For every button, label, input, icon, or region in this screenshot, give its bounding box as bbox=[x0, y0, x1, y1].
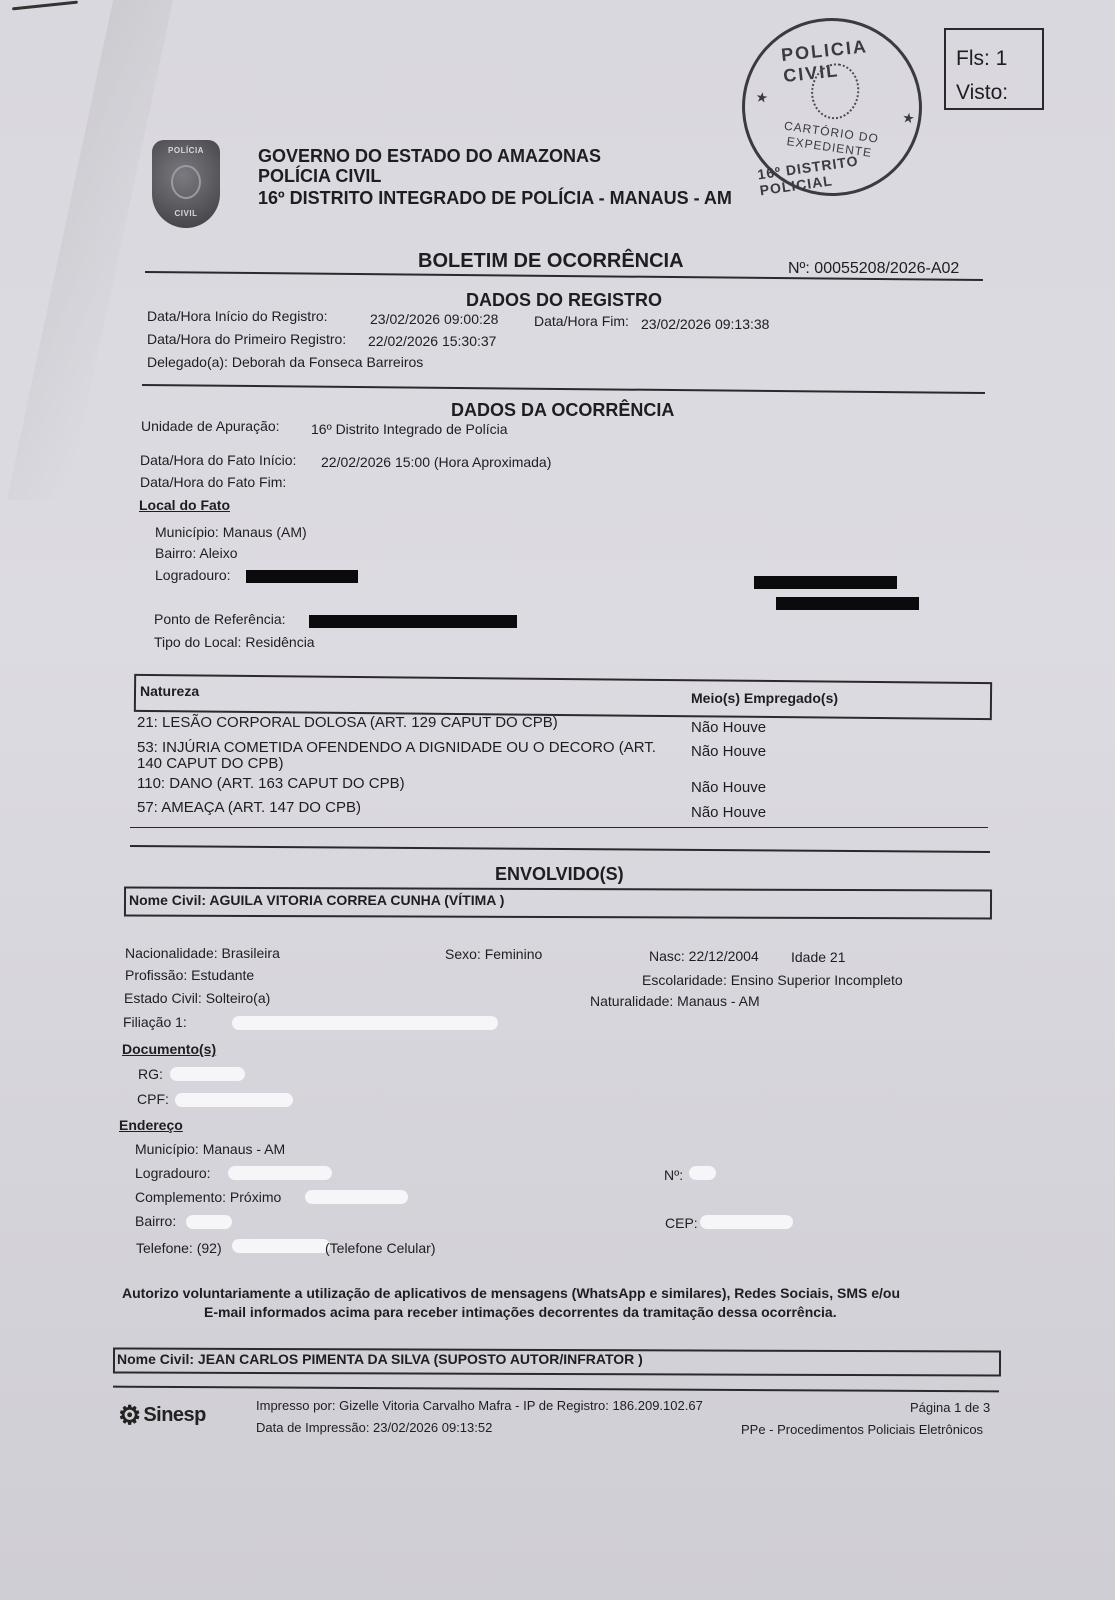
header-government: GOVERNO DO ESTADO DO AMAZONAS bbox=[258, 146, 601, 167]
local-tipo: Tipo do Local: Residência bbox=[154, 634, 315, 650]
unidade-label: Unidade de Apuração: bbox=[141, 418, 280, 434]
vitima-naturalidade: Naturalidade: Manaus - AM bbox=[590, 993, 760, 1009]
autorizo-text-line-1: Autorizo voluntariamente a utilização de… bbox=[122, 1285, 900, 1301]
telefone-label: Telefone: (92) bbox=[136, 1240, 222, 1256]
vitima-profissao: Profissão: Estudante bbox=[125, 967, 254, 983]
badge-bottom-text: CIVIL bbox=[175, 209, 198, 218]
star-icon: ★ bbox=[754, 88, 769, 107]
staple-mark bbox=[12, 1, 78, 11]
divider bbox=[130, 845, 990, 853]
sinesp-logo: ⚙ Sinesp bbox=[118, 1400, 206, 1431]
folio-number: Fls: 1 bbox=[956, 42, 1042, 76]
redaction-bar bbox=[246, 570, 358, 583]
section-registro-heading: DADOS DO REGISTRO bbox=[466, 290, 662, 311]
document-number: Nº: 00055208/2026-A02 bbox=[788, 260, 959, 278]
divider bbox=[113, 1386, 999, 1393]
vitima-estado-civil: Estado Civil: Solteiro(a) bbox=[124, 990, 270, 1006]
sinesp-logo-text: Sinesp bbox=[143, 1404, 206, 1427]
folio-box: Fls: 1 Visto: bbox=[944, 28, 1044, 110]
fato-inicio-value: 22/02/2026 15:00 (Hora Aproximada) bbox=[321, 454, 551, 470]
redaction-bar bbox=[689, 1166, 716, 1180]
ponto-referencia-label: Ponto de Referência: bbox=[154, 611, 286, 627]
official-stamp: POLICIA CIVIL ★ ★ CARTÓRIO DO EXPEDIENTE… bbox=[730, 6, 933, 207]
col-natureza: Natureza bbox=[140, 683, 199, 699]
meio-row-1: Não Houve bbox=[691, 719, 766, 736]
redaction-bar bbox=[170, 1067, 245, 1081]
police-badge-icon: POLÍCIA CIVIL bbox=[152, 140, 220, 228]
endereco-complemento: Complemento: Próximo bbox=[135, 1189, 281, 1205]
document-page: POLÍCIA CIVIL GOVERNO DO ESTADO DO AMAZO… bbox=[0, 0, 1115, 1600]
delegado-label: Delegado(a): bbox=[147, 354, 228, 370]
local-fato-heading: Local do Fato bbox=[139, 497, 230, 513]
vitima-idade: Idade 21 bbox=[791, 949, 846, 965]
header-district: 16º DISTRITO INTEGRADO DE POLÍCIA - MANA… bbox=[258, 188, 732, 209]
unidade-value: 16º Distrito Integrado de Polícia bbox=[311, 421, 508, 437]
endereco-municipio: Município: Manaus - AM bbox=[135, 1141, 285, 1157]
redaction-bar bbox=[700, 1215, 793, 1229]
document-title: BOLETIM DE OCORRÊNCIA bbox=[418, 250, 684, 273]
footer-pagina: Página 1 de 3 bbox=[910, 1400, 990, 1415]
documentos-heading: Documento(s) bbox=[122, 1041, 216, 1057]
footer-sistema: PPe - Procedimentos Policiais Eletrônico… bbox=[741, 1422, 983, 1437]
registro-fim-value: 23/02/2026 09:13:38 bbox=[641, 316, 769, 332]
natureza-row-3: 110: DANO (ART. 163 CAPUT DO CPB) bbox=[137, 775, 405, 792]
local-municipio: Município: Manaus (AM) bbox=[155, 524, 307, 540]
redaction-bar bbox=[186, 1215, 232, 1229]
natureza-row-1: 21: LESÃO CORPORAL DOLOSA (ART. 129 CAPU… bbox=[137, 714, 558, 731]
col-meio-empregado: Meio(s) Empregado(s) bbox=[691, 690, 838, 706]
sinesp-gear-icon: ⚙ bbox=[118, 1400, 141, 1431]
footer-data-impressao: Data de Impressão: 23/02/2026 09:13:52 bbox=[256, 1420, 492, 1435]
filiacao-label: Filiação 1: bbox=[123, 1014, 187, 1030]
municipio-value: Manaus (AM) bbox=[223, 524, 307, 540]
vitima-escolaridade: Escolaridade: Ensino Superior Incompleto bbox=[642, 972, 903, 988]
divider bbox=[142, 384, 985, 394]
natureza-row-2-cont: 140 CAPUT DO CPB) bbox=[137, 755, 283, 772]
tipo-value: Residência bbox=[245, 634, 314, 650]
vitima-nasc: Nasc: 22/12/2004 bbox=[649, 948, 759, 964]
header-police: POLÍCIA CIVIL bbox=[258, 166, 381, 187]
autor-nome: Nome Civil: JEAN CARLOS PIMENTA DA SILVA… bbox=[117, 1351, 643, 1367]
badge-top-text: POLÍCIA bbox=[168, 146, 204, 155]
delegado-value: Deborah da Fonseca Barreiros bbox=[232, 354, 423, 370]
divider bbox=[130, 827, 988, 828]
natureza-row-2: 53: INJÚRIA COMETIDA OFENDENDO A DIGNIDA… bbox=[137, 739, 656, 756]
telefone-suffix: (Telefone Celular) bbox=[325, 1240, 436, 1256]
tipo-label: Tipo do Local: bbox=[154, 634, 241, 650]
fato-fim-label: Data/Hora do Fato Fim: bbox=[140, 474, 286, 490]
redaction-bar bbox=[776, 597, 919, 610]
section-envolvidos-heading: ENVOLVIDO(S) bbox=[495, 864, 624, 885]
vitima-sexo: Sexo: Feminino bbox=[445, 946, 542, 962]
fato-inicio-label: Data/Hora do Fato Início: bbox=[140, 452, 296, 468]
endereco-heading: Endereço bbox=[119, 1117, 183, 1133]
redaction-bar bbox=[305, 1190, 408, 1204]
endereco-cep-label: CEP: bbox=[665, 1215, 698, 1231]
endereco-bairro-label: Bairro: bbox=[135, 1213, 176, 1229]
vitima-nacionalidade: Nacionalidade: Brasileira bbox=[125, 945, 280, 961]
endereco-numero-label: Nº: bbox=[664, 1167, 683, 1183]
registro-delegado: Delegado(a): Deborah da Fonseca Barreiro… bbox=[147, 354, 423, 370]
autorizo-text-line-2: E-mail informados acima para receber int… bbox=[204, 1304, 837, 1320]
badge-emblem-icon bbox=[171, 165, 201, 199]
registro-primeiro-label: Data/Hora do Primeiro Registro: bbox=[147, 331, 346, 347]
redaction-bar bbox=[232, 1016, 498, 1030]
folio-visto: Visto: bbox=[956, 76, 1042, 110]
redaction-bar bbox=[232, 1239, 330, 1253]
registro-inicio-label: Data/Hora Início do Registro: bbox=[147, 308, 328, 324]
section-ocorrencia-heading: DADOS DA OCORRÊNCIA bbox=[451, 400, 674, 421]
meio-row-2: Não Houve bbox=[691, 743, 766, 760]
redaction-bar bbox=[228, 1166, 332, 1180]
registro-fim-label: Data/Hora Fim: bbox=[534, 313, 629, 329]
cpf-label: CPF: bbox=[137, 1091, 169, 1107]
vitima-nome: Nome Civil: AGUILA VITORIA CORREA CUNHA … bbox=[129, 892, 504, 908]
logradouro-label: Logradouro: bbox=[155, 567, 231, 583]
star-icon: ★ bbox=[901, 109, 916, 128]
rg-label: RG: bbox=[138, 1066, 163, 1082]
municipio-label: Município: bbox=[155, 524, 219, 540]
endereco-logradouro-label: Logradouro: bbox=[135, 1165, 211, 1181]
meio-row-3: Não Houve bbox=[691, 779, 766, 796]
registro-primeiro-value: 22/02/2026 15:30:37 bbox=[368, 333, 496, 349]
registro-inicio-value: 23/02/2026 09:00:28 bbox=[370, 311, 498, 327]
redaction-bar bbox=[754, 576, 897, 589]
local-bairro: Bairro: Aleixo bbox=[155, 545, 238, 561]
footer-impresso-por: Impresso por: Gizelle Vitoria Carvalho M… bbox=[256, 1398, 703, 1413]
meio-row-4: Não Houve bbox=[691, 804, 766, 821]
bairro-label: Bairro: bbox=[155, 545, 196, 561]
redaction-bar bbox=[309, 615, 517, 628]
natureza-row-4: 57: AMEAÇA (ART. 147 DO CPB) bbox=[137, 799, 361, 816]
redaction-bar bbox=[175, 1093, 293, 1107]
bairro-value: Aleixo bbox=[199, 545, 237, 561]
